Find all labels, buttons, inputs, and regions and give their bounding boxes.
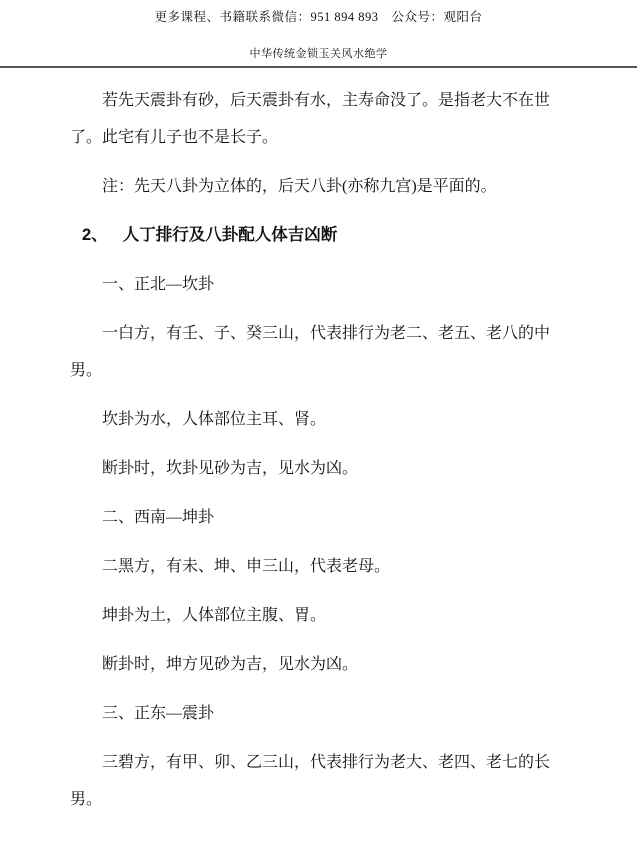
section-number: 2、: [82, 226, 108, 244]
document-page: 更多课程、书籍联系微信：951 894 893 公众号：观阳台 中华传统金锁玉关…: [0, 0, 637, 863]
header-contact-line: 更多课程、书籍联系微信：951 894 893 公众号：观阳台: [70, 10, 567, 24]
kan-paragraph-2: 坎卦为水，人体部位主耳、肾。: [70, 401, 552, 438]
zhen-subheading: 三、正东—震卦: [70, 695, 552, 732]
page-header: 更多课程、书籍联系微信：951 894 893 公众号：观阳台 中华传统金锁玉关…: [0, 0, 637, 68]
kan-paragraph-3: 断卦时，坎卦见砂为吉，见水为凶。: [70, 450, 552, 487]
kun-paragraph-2: 坤卦为土，人体部位主腹、胃。: [70, 597, 552, 634]
kan-paragraph-1: 一白方，有壬、子、癸三山，代表排行为老二、老五、老八的中男。: [70, 315, 552, 389]
kun-paragraph-3: 断卦时，坤方见砂为吉，见水为凶。: [70, 646, 552, 683]
document-body: 若先天震卦有砂，后天震卦有水，主寿命没了。是指老大不在世了。此宅有儿子也不是长子…: [0, 68, 637, 818]
kun-paragraph-1: 二黑方，有未、坤、申三山，代表老母。: [70, 548, 552, 585]
section-title: 人丁排行及八卦配人体吉凶断: [123, 226, 338, 244]
note-paragraph: 注：先天八卦为立体的，后天八卦(亦称九宫)是平面的。: [70, 168, 552, 205]
intro-paragraph: 若先天震卦有砂，后天震卦有水，主寿命没了。是指老大不在世了。此宅有儿子也不是长子…: [70, 82, 552, 156]
section-heading: 2、人丁排行及八卦配人体吉凶断: [70, 217, 552, 254]
kan-subheading: 一、正北—坎卦: [70, 266, 552, 303]
header-running-title: 中华传统金锁玉关风水绝学: [70, 48, 567, 61]
kun-subheading: 二、西南—坤卦: [70, 499, 552, 536]
zhen-paragraph-1: 三碧方，有甲、卯、乙三山，代表排行为老大、老四、老七的长男。: [70, 744, 552, 818]
